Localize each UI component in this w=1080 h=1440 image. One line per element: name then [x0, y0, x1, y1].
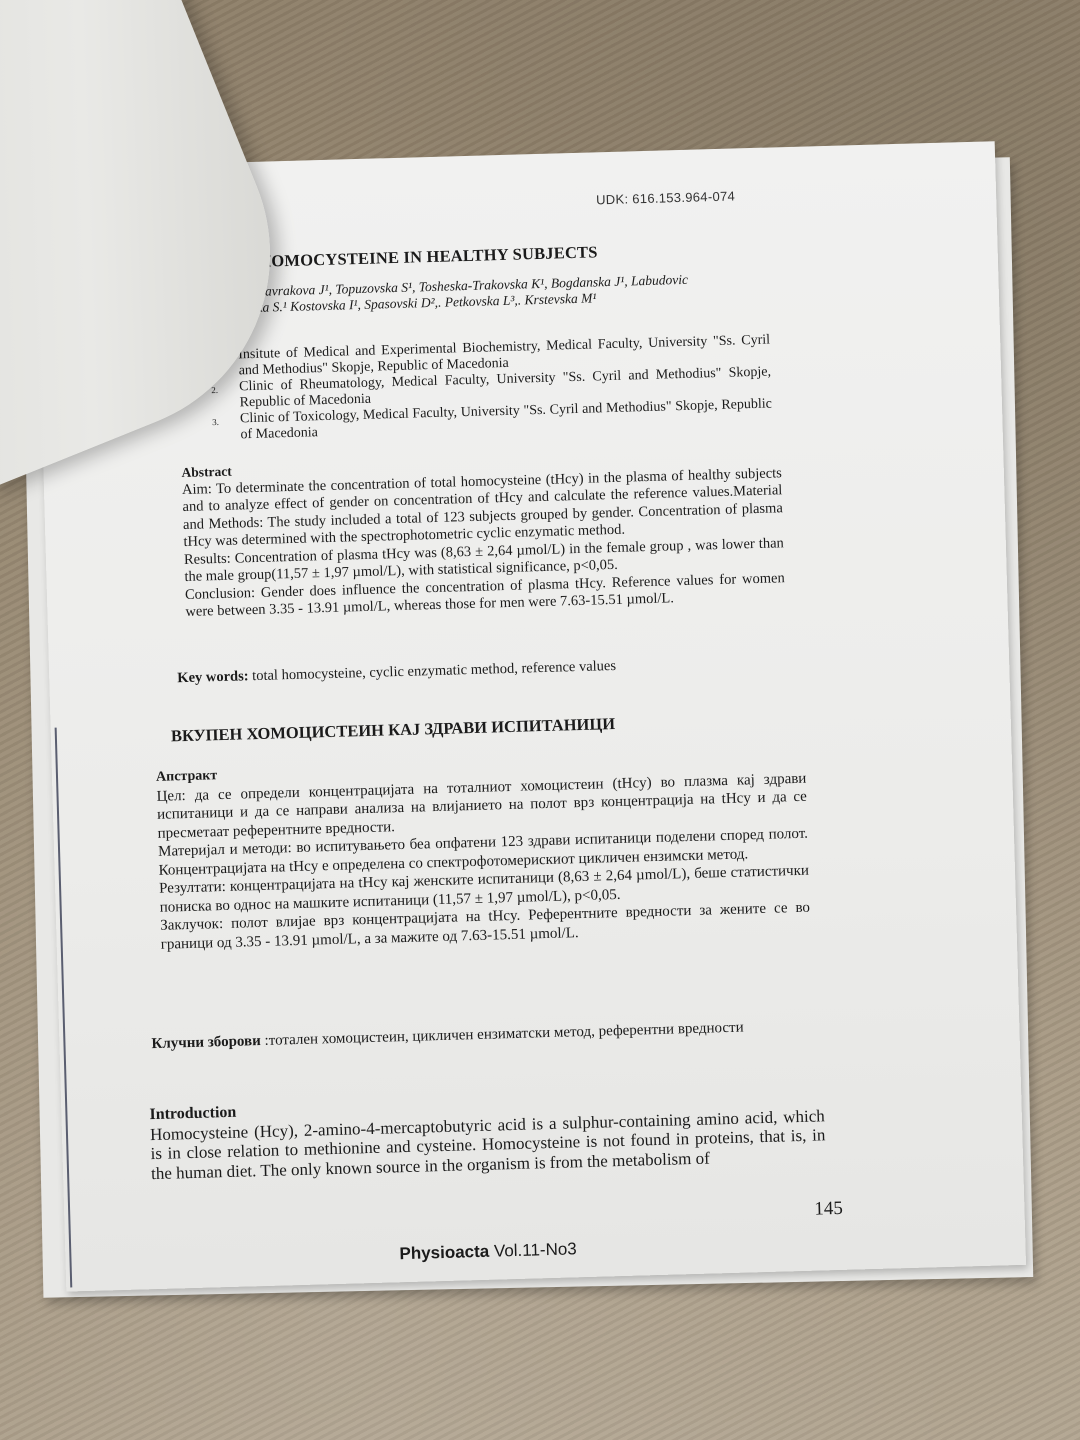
abstract-english: Abstract Aim: To determinate the concent… [181, 447, 785, 621]
journal-issue: Vol.11-No3 [489, 1239, 577, 1260]
keywords-macedonian: Клучни зборови :тотален хомоцистеин, цик… [151, 1017, 816, 1054]
keywords-mk-label: Клучни зборови [151, 1033, 261, 1052]
udk-code: UDK: 616.153.964-074 [596, 188, 735, 207]
keywords-label: Key words: [177, 668, 249, 686]
affiliation-number: 2. [211, 379, 240, 412]
affiliations: 1 Insitute of Medical and Experimental B… [210, 333, 772, 445]
introduction-section: Introduction Homocysteine (Hcy), 2-amino… [149, 1086, 826, 1183]
affiliation-number: 3. [212, 411, 241, 444]
keywords-text: total homocysteine, cyclic enzymatic met… [248, 658, 616, 684]
abstract-macedonian: Апстракт Цел: да се определи концентраци… [156, 751, 811, 954]
journal-name: Physioacta [399, 1242, 489, 1263]
page-number: 145 [814, 1198, 843, 1221]
keywords-english: Key words: total homocysteine, cyclic en… [177, 653, 797, 688]
paper-title-macedonian: ВКУПЕН ХОМОЦИСТЕИН КАЈ ЗДРАВИ ИСПИТАНИЦИ [171, 714, 616, 746]
authors: Brezovska-Kavrakova J¹, Topuzovska S¹, T… [196, 269, 777, 317]
journal-footer: Physioacta Vol.11-No3 [399, 1239, 577, 1264]
keywords-mk-text: :тотален хомоцистеин, цикличен ензиматск… [261, 1020, 744, 1049]
